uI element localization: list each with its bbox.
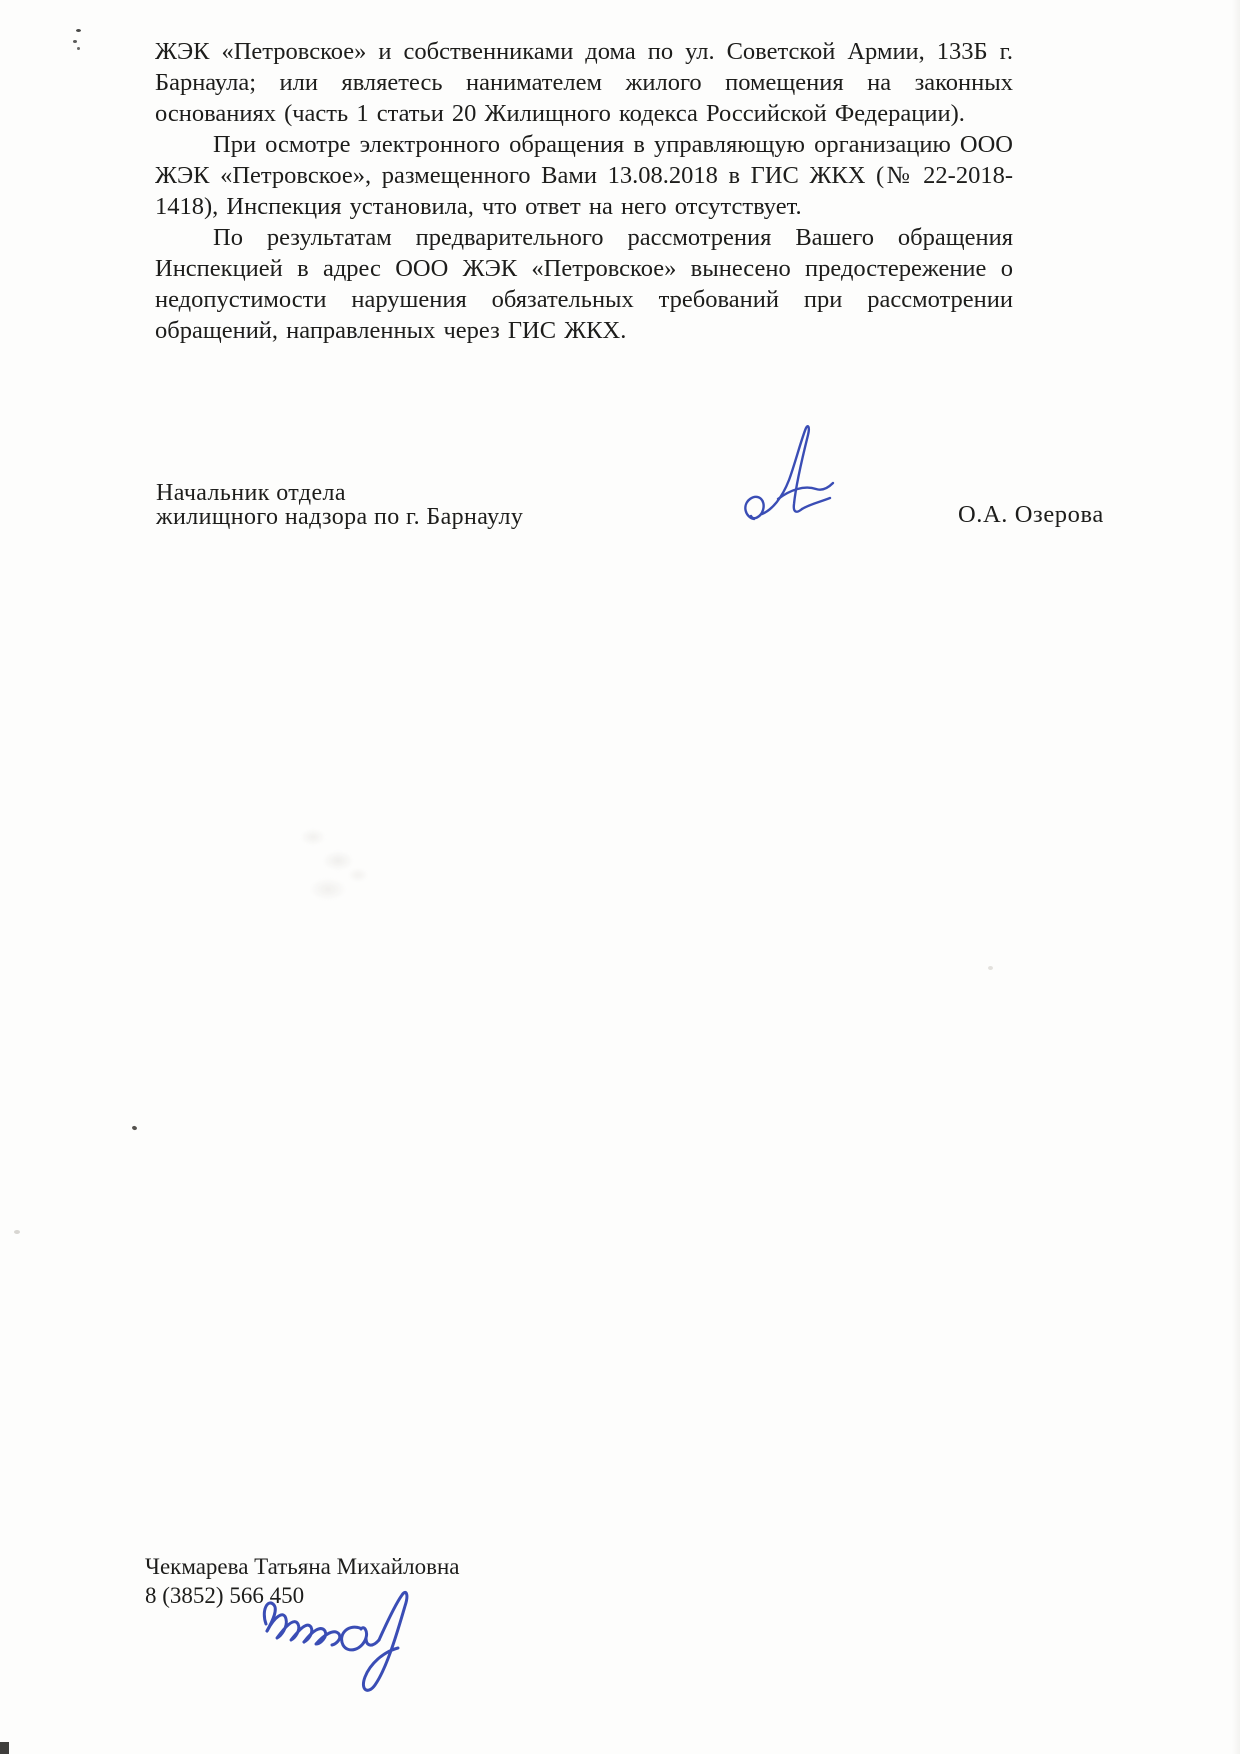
- handwritten-signature-icon: [252, 1578, 432, 1706]
- signer-position-line2: жилищного надзора по г. Барнаулу: [156, 505, 523, 529]
- body-paragraph: При осмотре электронного обращения в упр…: [155, 129, 1013, 222]
- signer-position-title: Начальник отдела жилищного надзора по г.…: [156, 481, 523, 529]
- handwritten-signature-icon: [738, 422, 850, 537]
- scan-smudge: [283, 818, 383, 913]
- body-paragraph: По результатам предварительного рассмотр…: [155, 222, 1013, 346]
- scan-edge-shade: [1232, 0, 1240, 1754]
- signer-position-line1: Начальник отдела: [156, 481, 523, 505]
- scan-speck: [14, 1230, 20, 1234]
- scan-speck: [988, 966, 993, 970]
- scan-speck: [131, 1125, 137, 1130]
- scan-speck: [73, 40, 77, 43]
- body-paragraph: ЖЭК «Петровское» и собственниками дома п…: [155, 36, 1013, 129]
- scan-speck: [77, 47, 80, 50]
- scan-speck: [76, 29, 81, 32]
- scan-edge-mark: [0, 1742, 9, 1754]
- signer-name: О.А. Озерова: [958, 501, 1104, 529]
- letter-body: ЖЭК «Петровское» и собственниками дома п…: [155, 36, 1013, 346]
- scanned-letter-page: ЖЭК «Петровское» и собственниками дома п…: [0, 0, 1240, 1754]
